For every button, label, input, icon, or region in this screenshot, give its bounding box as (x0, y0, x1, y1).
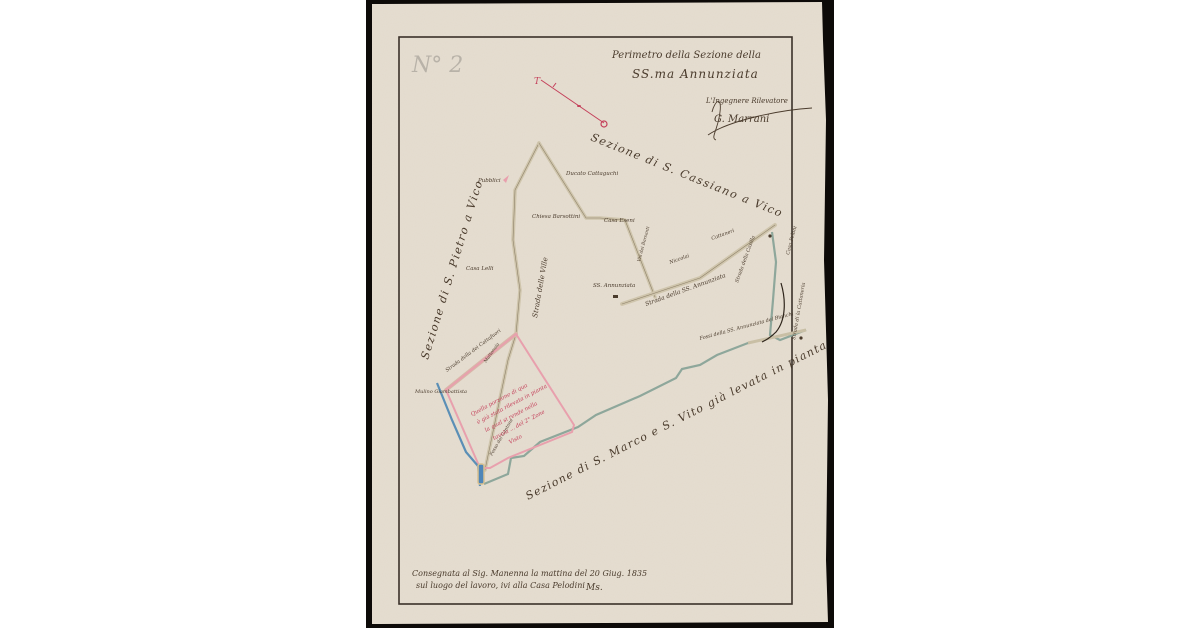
map-title-line2: SS.ma Annunziata (632, 67, 759, 81)
map-title-line1: Perimetro della Sezione della (611, 50, 761, 61)
label-casa-lelli: Casa Lelli (466, 266, 494, 272)
label-chiesa: Chiesa Barsottini (532, 214, 580, 220)
label-ss-annunziata: SS. Annunziata (593, 283, 635, 289)
footer-line1: Consegnata al Sig. Manenna la mattina de… (412, 569, 647, 578)
label-casa-eseni: Casa Eseni (604, 218, 635, 224)
water-basin (478, 464, 484, 484)
sheet-number: N° 2 (411, 53, 463, 78)
label-ducato-cattaguchi: Ducato Cattaguchi (565, 171, 618, 177)
footer-initials: Ms. (585, 583, 603, 593)
signature-line1: L'Ingegnere Rilevatore (705, 97, 788, 105)
label-pubblici: Pubblici (477, 178, 501, 184)
footer-line2: sul luogo del lavoro, ivi alla Casa Pelo… (416, 581, 585, 590)
historical-map-sheet: N° 2 Perimetro della Sezione della SS.ma… (0, 0, 1200, 628)
label-mulino-giambattista: Mulino Giambattista (414, 389, 467, 395)
compass-north-mark: T (534, 77, 541, 87)
